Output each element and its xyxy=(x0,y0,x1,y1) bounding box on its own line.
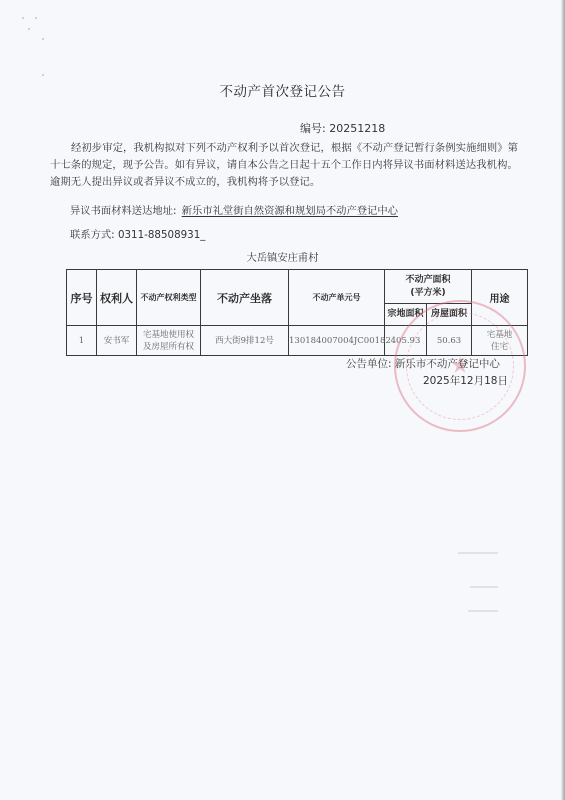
village-name: 大岳镇安庄甫村 xyxy=(0,249,565,264)
scan-edge-shadow xyxy=(561,0,565,800)
bleed-through-mark xyxy=(458,552,498,554)
cell-right-type: 宅基地使用权 及房屋所有权 xyxy=(137,326,201,356)
serial-label: 编号: xyxy=(300,122,326,135)
header-holder: 权利人 xyxy=(97,270,137,326)
cell-usage-line2: 住宅 xyxy=(472,341,527,353)
objection-address: 异议书面材料送达地址: 新乐市礼堂街自然资源和规划局不动产登记中心 xyxy=(70,202,398,217)
cell-land-area: 405.93 xyxy=(385,326,427,356)
notice-page: 不动产首次登记公告 编号: 20251218 经初步审定，我机构拟对下列不动产权… xyxy=(0,0,565,800)
contact-value: 0311-88508931_ xyxy=(118,229,205,241)
header-seq: 序号 xyxy=(67,270,97,326)
header-location: 不动产坐落 xyxy=(201,270,289,326)
scan-speck xyxy=(35,17,37,19)
issuer-value: 新乐市不动产登记中心 xyxy=(395,358,500,370)
contact-label: 联系方式: xyxy=(70,229,115,241)
notice-date: 2025年12月18日 xyxy=(423,373,508,388)
header-area-unit: (平方米) xyxy=(385,287,471,300)
header-area-group: 不动产面积 (平方米) xyxy=(385,270,472,304)
scan-speck xyxy=(28,28,30,30)
header-land-area: 宗地面积 xyxy=(385,304,427,326)
serial-number: 编号: 20251218 xyxy=(300,120,385,136)
cell-usage-line1: 宅基地 xyxy=(472,329,527,341)
bleed-through-mark xyxy=(470,586,498,588)
cell-seq: 1 xyxy=(67,326,97,356)
cell-building-area: 50.63 xyxy=(427,326,472,356)
table-row: 1 安书军 宅基地使用权 及房屋所有权 西大街9排12号 13018400700… xyxy=(67,326,528,356)
notice-body: 经初步审定，我机构拟对下列不动产权利予以首次登记，根据《不动产登记暂行条例实施细… xyxy=(50,140,520,191)
objection-address-value: 新乐市礼堂街自然资源和规划局不动产登记中心 xyxy=(182,205,398,217)
scan-speck xyxy=(42,38,44,40)
cell-location: 西大街9排12号 xyxy=(201,326,289,356)
cell-right-type-line1: 宅基地使用权 xyxy=(137,329,200,341)
bleed-through-mark xyxy=(468,610,498,612)
header-unit-no: 不动产单元号 xyxy=(289,270,385,326)
issuer: 公告单位: 新乐市不动产登记中心 xyxy=(346,356,500,371)
notice-title: 不动产首次登记公告 xyxy=(0,80,565,100)
contact-info: 联系方式: 0311-88508931_ xyxy=(70,226,205,241)
issuer-label: 公告单位: xyxy=(346,358,392,370)
cell-unit-no: 130184007004JC00182 xyxy=(289,326,385,356)
header-building-area: 房屋面积 xyxy=(427,304,472,326)
scan-speck xyxy=(22,17,24,19)
serial-value: 20251218 xyxy=(329,122,385,135)
objection-address-label: 异议书面材料送达地址: xyxy=(70,205,176,217)
table-header-row: 序号 权利人 不动产权利类型 不动产坐落 不动产单元号 不动产面积 (平方米) … xyxy=(67,270,528,304)
header-area-title: 不动产面积 xyxy=(385,274,471,287)
cell-usage: 宅基地 住宅 xyxy=(472,326,528,356)
cell-holder: 安书军 xyxy=(97,326,137,356)
cell-right-type-line2: 及房屋所有权 xyxy=(137,341,200,353)
registration-table: 序号 权利人 不动产权利类型 不动产坐落 不动产单元号 不动产面积 (平方米) … xyxy=(66,269,528,356)
scan-speck xyxy=(42,74,44,76)
header-usage: 用途 xyxy=(472,270,528,326)
header-right-type: 不动产权利类型 xyxy=(137,270,201,326)
